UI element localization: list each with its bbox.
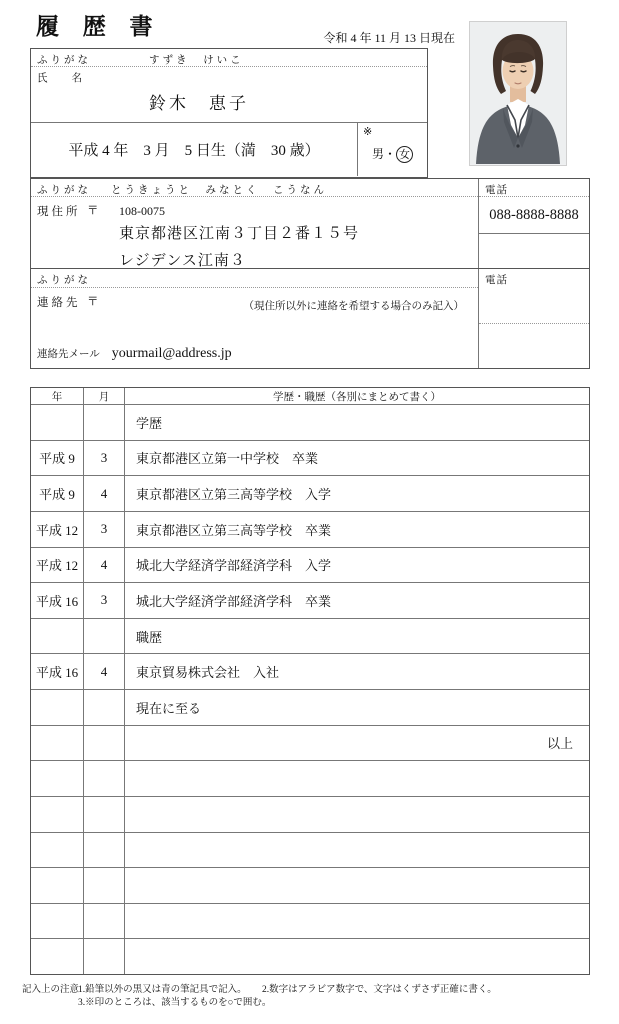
- portrait-illustration: [470, 22, 566, 164]
- phone-number: 088-8888-8888: [479, 197, 589, 234]
- resume-sheet: 履 歴 書 令和 4 年 11 月 13 日現在: [0, 0, 619, 1024]
- id-photo: [469, 21, 567, 166]
- contact-left: ふりがな 連絡先 〒 （現住所以外に連絡を希望する場合のみ記入） 連絡先メールy…: [31, 269, 478, 368]
- description-cell: 職歴: [125, 619, 589, 654]
- postal-mark: 〒: [87, 202, 99, 218]
- name-label: 氏 名: [37, 70, 83, 85]
- furigana-label: ふりがな: [37, 182, 91, 197]
- description-cell: [125, 761, 589, 796]
- address-furigana-row: ふりがな とうきょうと みなとく こうなん: [31, 179, 478, 197]
- year-cell: [31, 619, 84, 654]
- name-furigana-value: すずき けいこ: [149, 52, 244, 67]
- year-cell: 平成 9: [31, 441, 84, 476]
- table-row: 平成 16 3 城北大学経済学部経済学科 卒業: [31, 582, 589, 618]
- year-cell: [31, 797, 84, 832]
- year-cell: [31, 761, 84, 796]
- description-cell: [125, 939, 589, 974]
- month-cell: [84, 619, 125, 654]
- table-row: [31, 832, 589, 868]
- year-cell: 平成 12: [31, 512, 84, 547]
- phone-label: 電話: [485, 182, 508, 197]
- contact-phone-label-cell: 電話: [479, 269, 589, 324]
- gender-male-label: 男: [372, 147, 384, 161]
- notes-label: 記入上の注意: [22, 981, 79, 995]
- year-cell: [31, 405, 84, 440]
- postal-code: 108-0075: [119, 204, 165, 219]
- month-cell: [84, 904, 125, 939]
- address-section: ふりがな とうきょうと みなとく こうなん 現住所 〒 108-0075 東京都…: [30, 178, 590, 269]
- gender-female-selected: 女: [396, 146, 413, 163]
- year-cell: 平成 9: [31, 476, 84, 511]
- month-cell: [84, 690, 125, 725]
- description-cell: 現在に至る: [125, 690, 589, 725]
- history-body: 学歴 平成 9 3 東京都港区立第一中学校 卒業 平成 9 4 東京都港区立第三…: [31, 405, 589, 974]
- month-cell: [84, 868, 125, 903]
- description-cell: [125, 904, 589, 939]
- email-value: yourmail@address.jp: [112, 346, 232, 361]
- table-row: 以上: [31, 725, 589, 761]
- birthdate-row: 平成 4 年 3 月 5 日生（満 30 歳） ※ 男・女: [31, 123, 427, 176]
- year-cell: [31, 939, 84, 974]
- year-cell: [31, 690, 84, 725]
- furigana-label: ふりがな: [37, 52, 91, 67]
- address-line1: 東京都港区江南３丁目２番１５号: [119, 222, 359, 243]
- name-furigana-row: ふりがな すずき けいこ: [31, 49, 427, 67]
- year-header: 年: [31, 388, 84, 404]
- contact-phone-empty-cell: [479, 324, 589, 368]
- phone-label: 電話: [485, 272, 508, 287]
- month-cell: [84, 833, 125, 868]
- year-cell: 平成 16: [31, 583, 84, 618]
- footer-notes: 記入上の注意 1.鉛筆以外の黒又は青の筆記具で記入。 2.数字はアラビア数字で、…: [22, 980, 597, 1010]
- phone-empty-cell: [479, 234, 589, 268]
- description-cell: 東京都港区立第三高等学校 卒業: [125, 512, 589, 547]
- contact-label: 連絡先: [37, 294, 81, 310]
- contact-main-cell: 連絡先 〒 （現住所以外に連絡を希望する場合のみ記入） 連絡先メールyourma…: [31, 288, 478, 368]
- month-cell: 3: [84, 583, 125, 618]
- address-line2: レジデンス江南３: [119, 249, 246, 270]
- description-cell: [125, 833, 589, 868]
- history-table: 年 月 学歴・職歴（各別にまとめて書く） 学歴 平成 9 3 東京都港区立第一中…: [30, 387, 590, 975]
- description-cell: [125, 797, 589, 832]
- description-cell: 城北大学経済学部経済学科 入学: [125, 548, 589, 583]
- name-value: 鈴木 恵子: [149, 89, 249, 114]
- month-cell: [84, 939, 125, 974]
- name-section: ふりがな すずき けいこ 氏 名 鈴木 恵子 平成 4 年 3 月 5 日生（満…: [30, 48, 428, 178]
- month-cell: [84, 405, 125, 440]
- contact-note: （現住所以外に連絡を希望する場合のみ記入）: [244, 298, 465, 313]
- month-cell: [84, 761, 125, 796]
- furigana-label: ふりがな: [37, 272, 91, 287]
- description-cell: 東京貿易株式会社 入社: [125, 654, 589, 689]
- email-label: 連絡先メール: [37, 349, 100, 360]
- email-line: 連絡先メールyourmail@address.jp: [37, 344, 232, 362]
- postal-mark: 〒: [87, 293, 99, 309]
- gender-options: 男・女: [358, 145, 427, 163]
- address-label: 現住所: [37, 203, 81, 219]
- table-row: 学歴: [31, 405, 589, 440]
- month-cell: [84, 797, 125, 832]
- description-cell: [125, 868, 589, 903]
- phone-label-cell: 電話: [479, 179, 589, 197]
- asterisk-mark: ※: [363, 125, 372, 138]
- description-cell: 東京都港区立第一中学校 卒業: [125, 441, 589, 476]
- table-row: 平成 12 3 東京都港区立第三高等学校 卒業: [31, 511, 589, 547]
- table-row: 平成 16 4 東京貿易株式会社 入社: [31, 653, 589, 689]
- description-header: 学歴・職歴（各別にまとめて書く）: [125, 388, 589, 404]
- note-2: 2.数字はアラビア数字で、文字はくずさず正確に書く。: [262, 981, 497, 995]
- month-cell: 3: [84, 512, 125, 547]
- note-3: 3.※印のところは、該当するものを○で囲む。: [78, 994, 271, 1008]
- month-cell: 4: [84, 476, 125, 511]
- year-cell: [31, 726, 84, 761]
- table-row: 現在に至る: [31, 689, 589, 725]
- description-cell: 城北大学経済学部経済学科 卒業: [125, 583, 589, 618]
- table-row: 職歴: [31, 618, 589, 654]
- address-main-cell: 現住所 〒 108-0075 東京都港区江南３丁目２番１５号 レジデンス江南３: [31, 197, 478, 268]
- name-row: 氏 名 鈴木 恵子: [31, 67, 427, 123]
- month-cell: [84, 726, 125, 761]
- year-cell: [31, 868, 84, 903]
- table-row: 平成 9 3 東京都港区立第一中学校 卒業: [31, 440, 589, 476]
- address-left: ふりがな とうきょうと みなとく こうなん 現住所 〒 108-0075 東京都…: [31, 179, 478, 268]
- year-cell: [31, 904, 84, 939]
- address-furigana-value: とうきょうと みなとく こうなん: [111, 182, 327, 197]
- birthdate-value: 平成 4 年 3 月 5 日生（満 30 歳）: [31, 123, 357, 176]
- phone-column: 電話 088-8888-8888: [478, 179, 589, 268]
- month-cell: 4: [84, 548, 125, 583]
- year-cell: 平成 16: [31, 654, 84, 689]
- contact-phone-column: 電話: [478, 269, 589, 368]
- contact-section: ふりがな 連絡先 〒 （現住所以外に連絡を希望する場合のみ記入） 連絡先メールy…: [30, 268, 590, 369]
- gender-cell: ※ 男・女: [357, 123, 427, 176]
- history-header-row: 年 月 学歴・職歴（各別にまとめて書く）: [31, 388, 589, 405]
- contact-furigana-row: ふりがな: [31, 269, 478, 288]
- month-cell: 3: [84, 441, 125, 476]
- note-1: 1.鉛筆以外の黒又は青の筆記具で記入。: [78, 981, 247, 995]
- month-cell: 4: [84, 654, 125, 689]
- table-row: [31, 867, 589, 903]
- gender-separator: ・: [384, 147, 396, 161]
- current-date: 令和 4 年 11 月 13 日現在: [30, 29, 455, 46]
- table-row: [31, 903, 589, 939]
- table-row: [31, 760, 589, 796]
- description-cell: 以上: [125, 726, 589, 761]
- table-row: 平成 9 4 東京都港区立第三高等学校 入学: [31, 475, 589, 511]
- year-cell: 平成 12: [31, 548, 84, 583]
- table-row: [31, 938, 589, 974]
- description-cell: 東京都港区立第三高等学校 入学: [125, 476, 589, 511]
- year-cell: [31, 833, 84, 868]
- table-row: 平成 12 4 城北大学経済学部経済学科 入学: [31, 547, 589, 583]
- description-cell: 学歴: [125, 405, 589, 440]
- month-header: 月: [84, 388, 125, 404]
- table-row: [31, 796, 589, 832]
